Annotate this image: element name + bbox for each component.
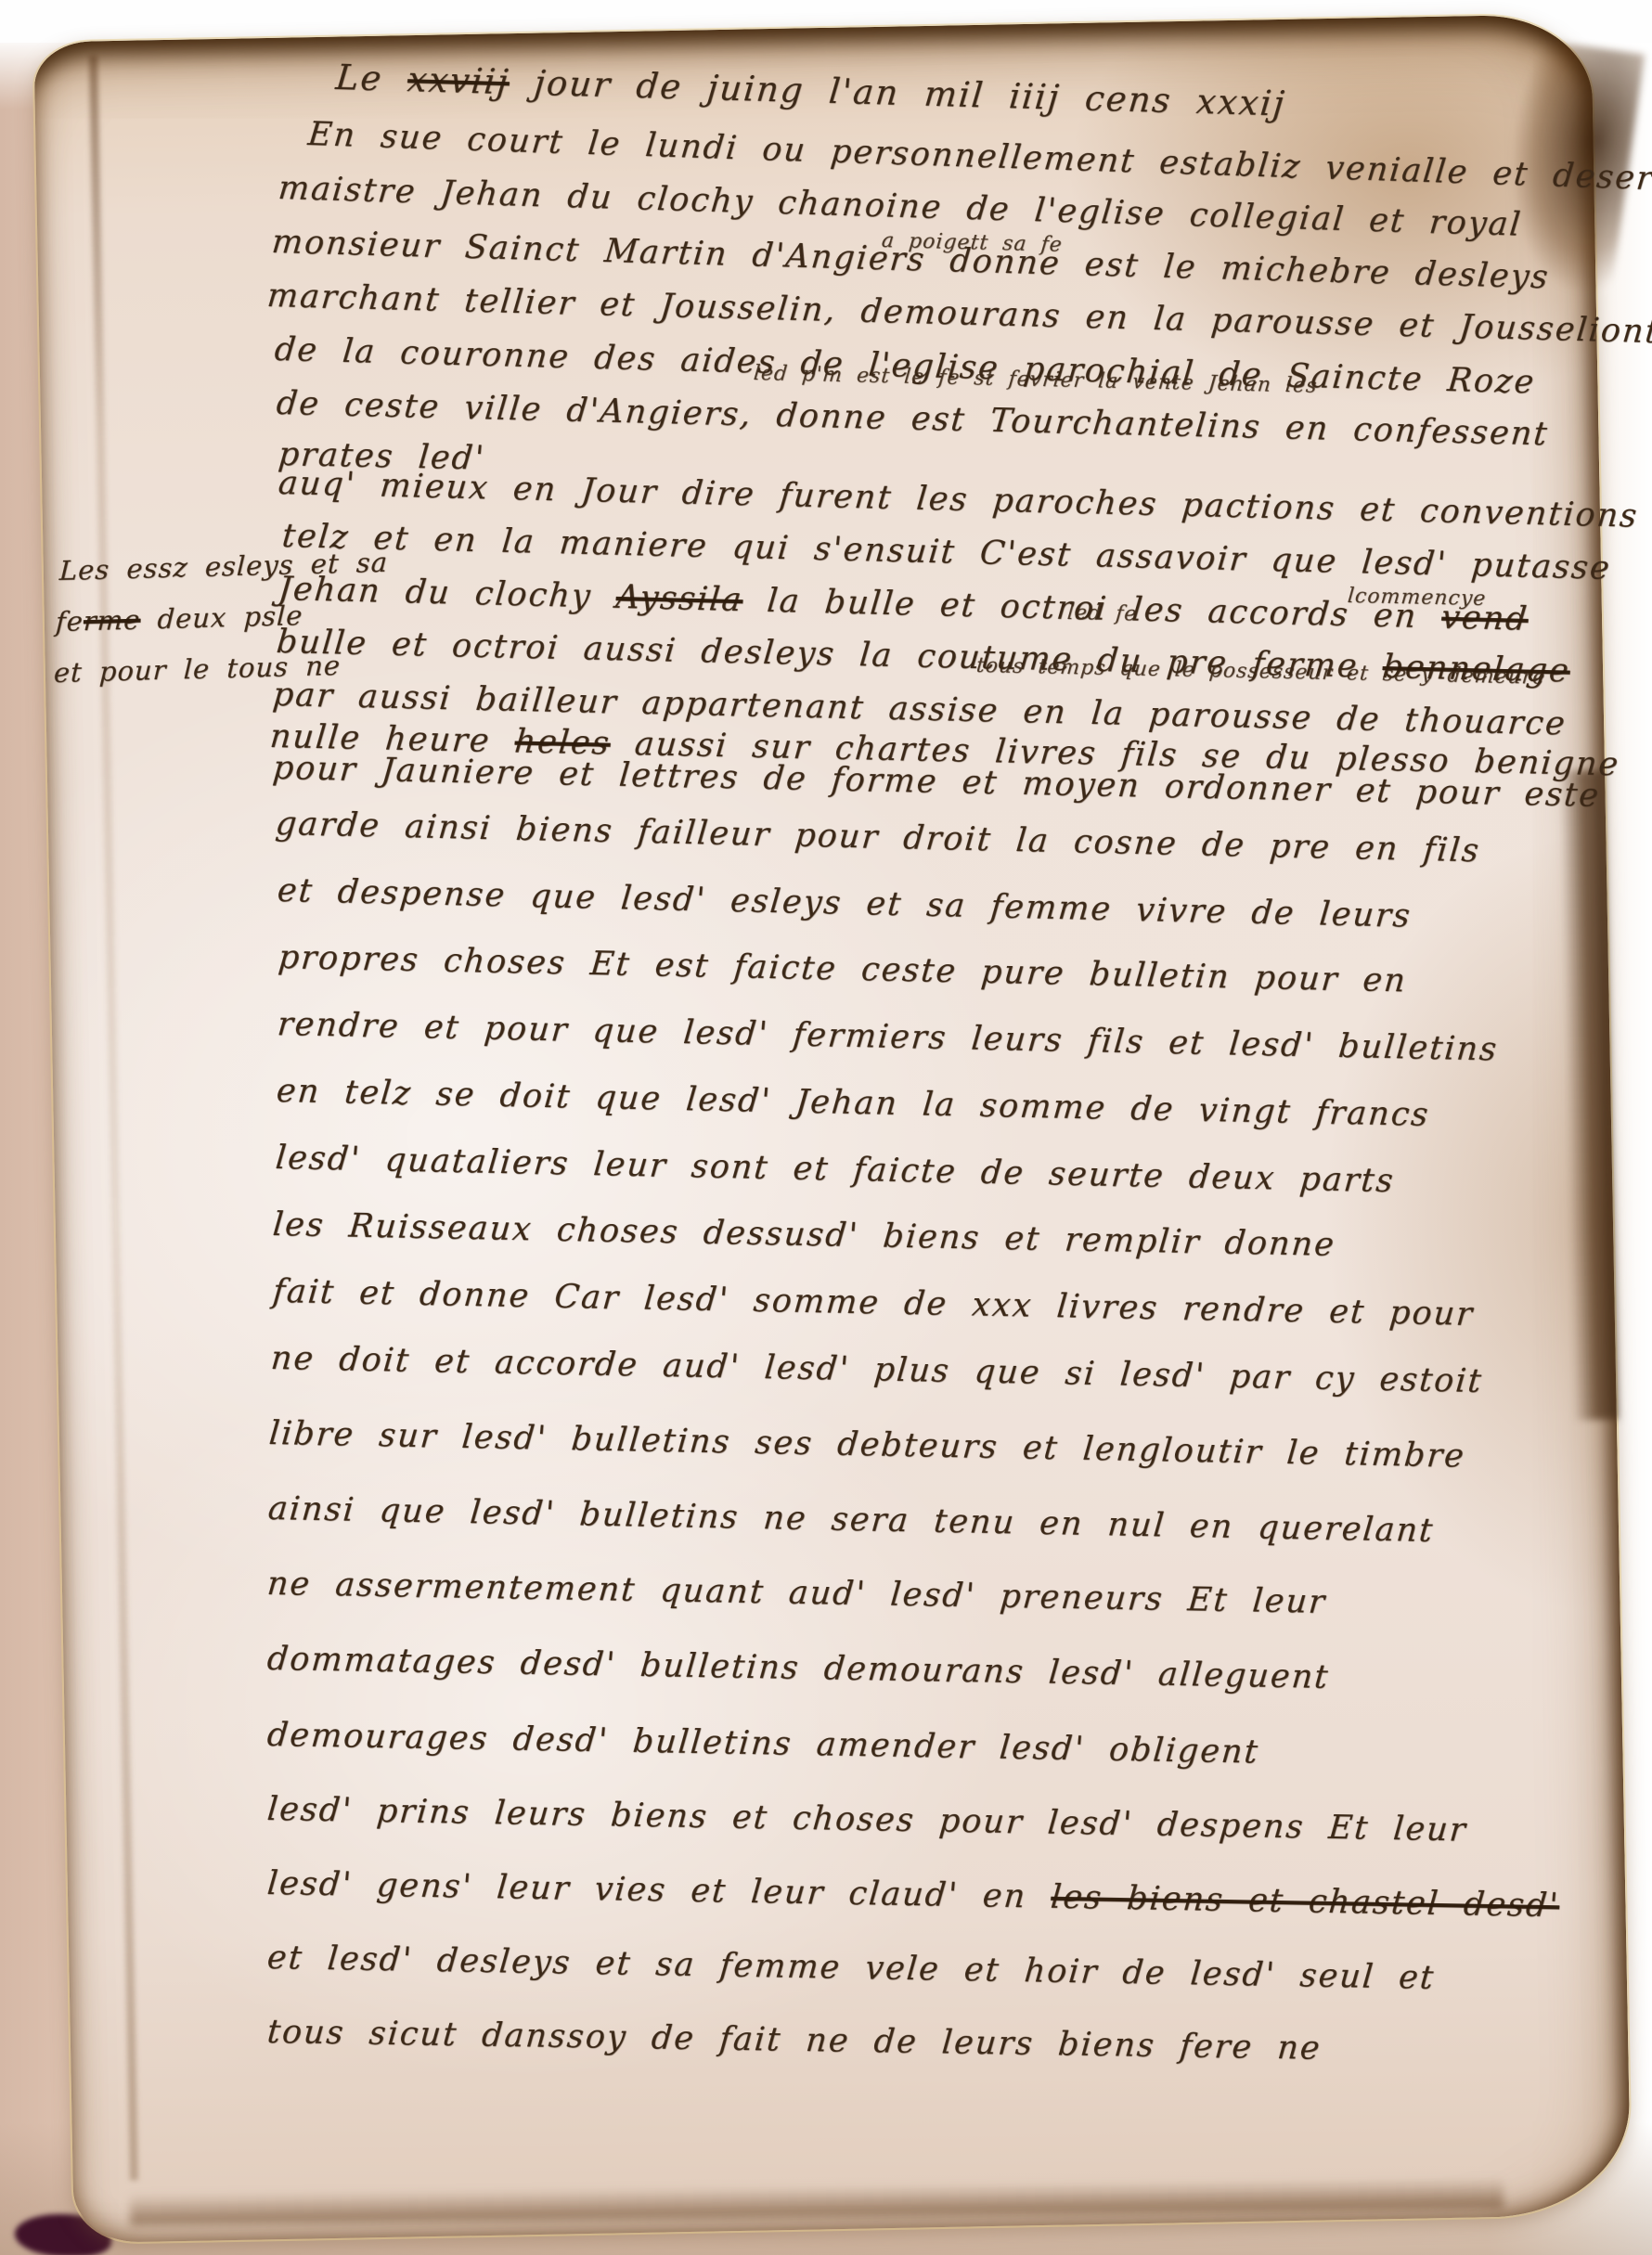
ink-text: dommatages desd' bulletins demourans les… [265,1641,1331,1696]
ink-text: fait et donne Car lesd' somme de xxx liv… [271,1273,1475,1334]
body-line: lesd' prins leurs biens et choses pour l… [265,1791,1468,1849]
heading-line: Le xxviij jour de juing l'an mil iiij ce… [334,58,1287,123]
body-line: propres choses Et est faicte ceste pure … [277,939,1408,999]
body-line: rendre et pour que lesd' fermiers leurs … [276,1006,1500,1068]
ink-text: deux psle [140,599,304,636]
interlinear-line: lcommencye [1347,585,1488,611]
ink-text: lesd' gens' leur vies et leur claud' en [265,1865,1052,1916]
struck-text: les biens et chastel desd' [1050,1879,1561,1926]
body-line: dommatages desd' bulletins demourans les… [265,1641,1331,1696]
interlinear-line: led fe [1066,601,1139,626]
body-line: ainsi que lesd' bulletins ne sera tenu e… [266,1490,1436,1550]
ink-text: a poigett sa fe [881,229,1064,257]
ink-text: en telz se doit que lesd' Jehan la somme… [275,1073,1431,1134]
struck-text: rme [83,604,141,638]
body-line: libre sur lesd' bulletins ses debteurs e… [267,1415,1466,1475]
ink-text: ne doit et accorde aud' lesd' plus que s… [269,1340,1484,1400]
body-line: en telz se doit que lesd' Jehan la somme… [275,1073,1431,1134]
ink-text: libre sur lesd' bulletins ses debteurs e… [267,1415,1466,1475]
body-line: lesd' quataliers leur sont et faicte de … [274,1140,1396,1200]
body-line: garde ainsi biens failleur pour droit la… [274,805,1482,870]
ink-text: lcommencye [1347,585,1488,611]
ink-text: ne assermentement quant aud' lesd' prene… [265,1566,1327,1621]
ink-text: propres choses Et est faicte ceste pure … [277,939,1408,999]
body-line: demourages desd' bulletins amender lesd'… [265,1717,1260,1772]
ink-text: lesd' quataliers leur sont et faicte de … [274,1140,1396,1200]
ink-text: ainsi que lesd' bulletins ne sera tenu e… [266,1490,1436,1550]
ink-text: garde ainsi biens failleur pour droit la… [274,805,1482,870]
body-line: ne doit et accorde aud' lesd' plus que s… [269,1340,1484,1400]
body-line: tous sicut danssoy de fait ne de leurs b… [265,2014,1323,2068]
body-line: et despense que lesd' esleys et sa femme… [276,872,1413,935]
struck-text: Ayssila [614,579,745,619]
body-line: fait et donne Car lesd' somme de xxx liv… [271,1273,1475,1334]
body-line: ne assermentement quant aud' lesd' prene… [265,1566,1327,1621]
ink-text: fe [55,605,84,638]
body-line: et lesd' desleys et sa femme vele et hoi… [265,1939,1436,1997]
body-line: les Ruisseaux choses dessusd' biens et r… [271,1206,1336,1264]
handwriting-layer: Le xxviij jour de juing l'an mil iiij ce… [0,0,1652,2255]
ink-text: led fe [1066,601,1139,626]
struck-text: xxviij [406,59,511,102]
ink-text: demourages desd' bulletins amender lesd'… [265,1717,1260,1772]
ink-text: rendre et pour que lesd' fermiers leurs … [276,1006,1500,1068]
ink-text: tous sicut danssoy de fait ne de leurs b… [265,2014,1323,2068]
interlinear-line: a poigett sa fe [881,229,1064,257]
ink-text: jour de juing l'an mil iiij cens xxxij [508,62,1287,123]
ink-text: les Ruisseaux choses dessusd' biens et r… [271,1206,1336,1264]
manuscript-photo: Le xxviij jour de juing l'an mil iiij ce… [0,0,1652,2255]
body-line: lesd' gens' leur vies et leur claud' en … [265,1865,1561,1925]
margin-line: ferme deux psle [55,599,303,638]
ink-text: et despense que lesd' esleys et sa femme… [276,872,1413,935]
ink-text: et lesd' desleys et sa femme vele et hoi… [265,1939,1436,1997]
ink-text: lesd' prins leurs biens et choses pour l… [265,1791,1468,1849]
ink-text: Le [334,58,409,99]
